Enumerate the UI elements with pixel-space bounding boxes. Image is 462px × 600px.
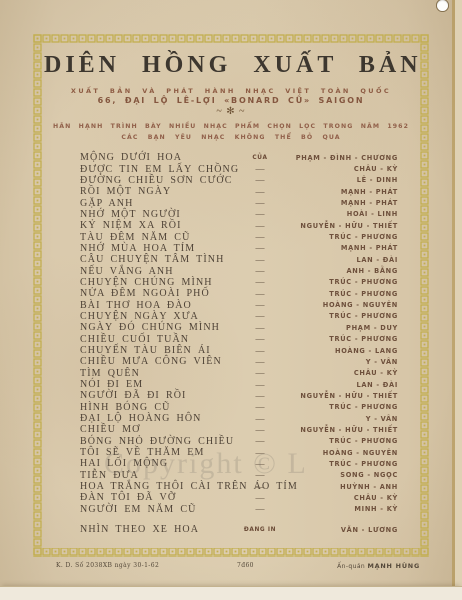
- song-title: KỶ NIỆM XA RỒI: [80, 220, 243, 231]
- composer-name: CHÂU - KỲ: [277, 165, 398, 173]
- printer-imprint: Ấn-quán MẠNH HÙNG: [337, 562, 420, 570]
- row-marker: ĐANG IN: [243, 527, 277, 533]
- row-marker: —: [243, 221, 277, 231]
- song-row: NẾU VẮNG ANH — ANH - BẰNG: [80, 265, 398, 276]
- song-row: CHUYỆN CHÚNG MÌNH — TRÚC - PHƯƠNG: [80, 277, 398, 288]
- printer-name: MẠNH HÙNG: [367, 562, 420, 570]
- row-marker: —: [243, 164, 277, 174]
- composer-name: TRÚC - PHƯƠNG: [277, 233, 398, 241]
- composer-name: ANH - BẰNG: [277, 267, 398, 275]
- row-marker: —: [243, 436, 277, 446]
- composer-name: LAN - ĐÀI: [277, 381, 398, 389]
- song-title: CHUYỆN NGÀY XƯA: [80, 311, 243, 322]
- row-marker: —: [243, 277, 277, 287]
- row-marker: —: [243, 198, 277, 208]
- publisher-subtitle: XUẤT BẢN VÀ PHÁT HÀNH NHẠC VIỆT TOÀN QUỐ…: [44, 87, 418, 95]
- song-row: CHIỀU MƯA CÔNG VIÊN — Y - VÂN: [80, 356, 398, 367]
- composer-name: HOÀNG - LANG: [277, 347, 398, 355]
- song-title: BÓNG NHỎ ĐƯỜNG CHIỀU: [80, 436, 243, 447]
- row-marker: —: [243, 391, 277, 401]
- row-marker: —: [243, 368, 277, 378]
- song-title: NGƯỜI EM NĂM CŨ: [80, 504, 243, 515]
- tagline-line2: CÁC BẠN YÊU NHẠC KHÔNG THỂ BỎ QUA: [44, 134, 418, 141]
- song-title: TIỄN ĐƯA: [80, 470, 243, 481]
- song-title: TÌM QUÊN: [80, 368, 243, 379]
- row-marker: CỦA: [243, 155, 277, 161]
- composer-name: TRÚC - PHƯƠNG: [277, 312, 398, 320]
- row-marker: —: [243, 357, 277, 367]
- song-row: HÌNH BÓNG CŨ — TRÚC - PHƯƠNG: [80, 402, 398, 413]
- song-row: KỶ NIỆM XA RỒI — NGUYỄN - HỮU - THIẾT: [80, 220, 398, 231]
- song-title: CHUYẾN TÀU BIÊN ÁI: [80, 345, 243, 356]
- song-list: MỘNG DƯỚI HOA CỦA PHẠM - ĐÌNH - CHƯƠNG Đ…: [80, 152, 398, 535]
- song-row: ĐƯỢC TIN EM LẤY CHỒNG — CHÂU - KỲ: [80, 163, 398, 174]
- composer-name: SONG - NGỌC: [277, 471, 398, 479]
- song-row: CHUYẾN TÀU BIÊN ÁI — HOÀNG - LANG: [80, 345, 398, 356]
- song-title: NGÀY ĐÓ CHÚNG MÌNH: [80, 322, 243, 333]
- row-marker: —: [243, 311, 277, 321]
- punch-hole: [437, 0, 448, 11]
- song-title: MỘNG DƯỚI HOA: [80, 152, 243, 163]
- song-title: ĐÀN TÔI ĐÃ VỠ: [80, 492, 243, 503]
- song-title: ĐẠI LỘ HOÀNG HÔN: [80, 413, 243, 424]
- publisher-title: DIÊN HỒNG XUẤT BẢN: [44, 52, 418, 79]
- composer-name: MẠNH - PHÁT: [277, 244, 398, 252]
- row-marker: —: [243, 266, 277, 276]
- song-title: CHIỀU MƠ: [80, 424, 243, 435]
- song-row: MỘNG DƯỚI HOA CỦA PHẠM - ĐÌNH - CHƯƠNG: [80, 152, 398, 163]
- song-title: TÔI SẼ VỀ THĂM EM: [80, 447, 243, 458]
- composer-name: HOÀI - LINH: [277, 210, 398, 218]
- song-title: RỒI MỘT NGÀY: [80, 186, 243, 197]
- song-row: BÓNG NHỎ ĐƯỜNG CHIỀU — TRÚC - PHƯƠNG: [80, 436, 398, 447]
- composer-name: HOÀNG - NGUYÊN: [277, 449, 398, 457]
- song-row: CHUYỆN NGÀY XƯA — TRÚC - PHƯƠNG: [80, 311, 398, 322]
- composer-name: CHÂU - KỲ: [277, 369, 398, 377]
- song-title: NÓI ĐI EM: [80, 379, 243, 390]
- scanned-back-cover: DIÊN HỒNG XUẤT BẢN XUẤT BẢN VÀ PHÁT HÀNH…: [0, 0, 462, 600]
- composer-name: PHẠM - ĐÌNH - CHƯƠNG: [277, 154, 398, 162]
- song-title: CHIỀU MƯA CÔNG VIÊN: [80, 356, 243, 367]
- song-row: TÌM QUÊN — CHÂU - KỲ: [80, 368, 398, 379]
- composer-name: NGUYỄN - HỮU - THIẾT: [277, 392, 398, 400]
- song-title: NHỚ MÙA HOA TÍM: [80, 243, 243, 254]
- song-title: GẶP ANH: [80, 198, 243, 209]
- composer-name: TRÚC - PHƯƠNG: [277, 460, 398, 468]
- song-row: HOA TRẮNG THÔI CÀI TRÊN ÁO TÍM — HUỲNH -…: [80, 481, 398, 492]
- song-row: ĐÀN TÔI ĐÃ VỠ — CHÂU - KỲ: [80, 492, 398, 503]
- row-marker: —: [243, 402, 277, 412]
- song-title: NẾU VẮNG ANH: [80, 266, 243, 277]
- row-marker: —: [243, 300, 277, 310]
- printer-prefix: Ấn-quán: [337, 563, 365, 570]
- song-title: HAI LỐI MỘNG: [80, 458, 243, 469]
- row-marker: —: [243, 482, 277, 492]
- fleuron-ornament-icon: ~ ✻ ~: [44, 106, 418, 117]
- song-title: BÀI THƠ HOA ĐÀO: [80, 300, 243, 311]
- composer-name: NGUYỄN - HỮU - THIẾT: [277, 426, 398, 434]
- song-title: CHIỀU CUỐI TUẦN: [80, 334, 243, 345]
- row-marker: —: [243, 425, 277, 435]
- composer-name: TRÚC - PHƯƠNG: [277, 437, 398, 445]
- song-title: NHÌN THEO XE HOA: [80, 524, 243, 535]
- song-row: NGƯỜI ĐÃ ĐI RỒI — NGUYỄN - HỮU - THIẾT: [80, 390, 398, 401]
- song-row: ĐẠI LỘ HOÀNG HÔN — Y - VÂN: [80, 413, 398, 424]
- composer-name: LAN - ĐÀI: [277, 256, 398, 264]
- composer-name: MẠNH - PHÁT: [277, 199, 398, 207]
- song-row: CÂU CHUYỆN TÂM TÌNH — LAN - ĐÀI: [80, 254, 398, 265]
- tagline-line1: HÂN HẠNH TRÌNH BÀY NHIỀU NHẠC PHẨM CHỌN …: [44, 123, 418, 130]
- page-edge-line: [452, 0, 455, 587]
- composer-name: MẠNH - PHÁT: [277, 188, 398, 196]
- song-row: RỒI MỘT NGÀY — MẠNH - PHÁT: [80, 186, 398, 197]
- song-title: CHUYỆN CHÚNG MÌNH: [80, 277, 243, 288]
- row-marker: —: [243, 243, 277, 253]
- composer-name: MINH - KỲ: [277, 505, 398, 513]
- song-row: TIỄN ĐƯA — SONG - NGỌC: [80, 470, 398, 481]
- row-marker: —: [243, 334, 277, 344]
- page-edge-margin: [455, 0, 462, 587]
- license-number: K. D. Số 2038XB ngày 30-1-62: [56, 562, 159, 569]
- composer-name: HUỲNH - ANH: [277, 483, 398, 491]
- composer-name: CHÂU - KỲ: [277, 494, 398, 502]
- song-title: NỬA ĐÊM NGOÀI PHỐ: [80, 288, 243, 299]
- row-marker: —: [243, 323, 277, 333]
- song-row: TÔI SẼ VỀ THĂM EM — HOÀNG - NGUYÊN: [80, 447, 398, 458]
- composer-name: Y - VÂN: [277, 415, 398, 423]
- song-row: NÓI ĐI EM — LAN - ĐÀI: [80, 379, 398, 390]
- composer-name: NGUYỄN - HỮU - THIẾT: [277, 222, 398, 230]
- song-row: GẶP ANH — MẠNH - PHÁT: [80, 197, 398, 208]
- composer-name: PHẠM - DUY: [277, 324, 398, 332]
- composer-name: HOÀNG - NGUYÊN: [277, 301, 398, 309]
- song-title: CÂU CHUYỆN TÂM TÌNH: [80, 254, 243, 265]
- composer-name: TRÚC - PHƯƠNG: [277, 335, 398, 343]
- row-marker: —: [243, 380, 277, 390]
- row-marker: —: [243, 470, 277, 480]
- row-marker: —: [243, 209, 277, 219]
- song-title: ĐƯỜNG CHIỀU SƠN CƯỚC: [80, 175, 243, 186]
- scanner-bed-strip: [0, 586, 462, 600]
- song-row: ĐƯỜNG CHIỀU SƠN CƯỚC — LÊ - DINH: [80, 175, 398, 186]
- song-title: HÌNH BÓNG CŨ: [80, 402, 243, 413]
- song-row: HAI LỐI MỘNG — TRÚC - PHƯƠNG: [80, 458, 398, 469]
- song-title: NHỚ MỘT NGƯỜI: [80, 209, 243, 220]
- composer-name: VĂN - LƯƠNG: [277, 526, 398, 534]
- composer-name: LÊ - DINH: [277, 176, 398, 184]
- price: 7đ60: [237, 562, 254, 569]
- song-row: CHIỀU CUỐI TUẦN — TRÚC - PHƯƠNG: [80, 334, 398, 345]
- row-marker: —: [243, 448, 277, 458]
- song-row: CHIỀU MƠ — NGUYỄN - HỮU - THIẾT: [80, 424, 398, 435]
- composer-name: TRÚC - PHƯƠNG: [277, 403, 398, 411]
- song-row: NGƯỜI EM NĂM CŨ — MINH - KỲ: [80, 504, 398, 515]
- row-marker: —: [243, 346, 277, 356]
- row-marker: —: [243, 289, 277, 299]
- row-marker: —: [243, 493, 277, 503]
- song-title: NGƯỜI ĐÃ ĐI RỒI: [80, 390, 243, 401]
- row-marker: —: [243, 255, 277, 265]
- song-row: NHỚ MÙA HOA TÍM — MẠNH - PHÁT: [80, 243, 398, 254]
- publisher-address: 66, ĐẠI LỘ LÊ-LỢI «BONARD CŨ» SAIGON: [44, 96, 418, 105]
- row-marker: —: [243, 187, 277, 197]
- row-marker: —: [243, 175, 277, 185]
- song-row: NHỚ MỘT NGƯỜI — HOÀI - LINH: [80, 209, 398, 220]
- composer-name: Y - VÂN: [277, 358, 398, 366]
- song-row: NHÌN THEO XE HOA ĐANG IN VĂN - LƯƠNG: [80, 524, 398, 535]
- song-title: TÀU ĐÊM NĂM CŨ: [80, 232, 243, 243]
- song-title: HOA TRẮNG THÔI CÀI TRÊN ÁO TÍM: [80, 481, 243, 492]
- song-row: NỬA ĐÊM NGOÀI PHỐ — TRÚC - PHƯƠNG: [80, 288, 398, 299]
- row-marker: —: [243, 414, 277, 424]
- row-marker: —: [243, 459, 277, 469]
- composer-name: TRÚC - PHƯƠNG: [277, 290, 398, 298]
- song-row: NGÀY ĐÓ CHÚNG MÌNH — PHẠM - DUY: [80, 322, 398, 333]
- song-row: TÀU ĐÊM NĂM CŨ — TRÚC - PHƯƠNG: [80, 231, 398, 242]
- song-row: BÀI THƠ HOA ĐÀO — HOÀNG - NGUYÊN: [80, 299, 398, 310]
- song-title: ĐƯỢC TIN EM LẤY CHỒNG: [80, 164, 243, 175]
- composer-name: TRÚC - PHƯƠNG: [277, 278, 398, 286]
- row-marker: —: [243, 232, 277, 242]
- row-marker: —: [243, 504, 277, 514]
